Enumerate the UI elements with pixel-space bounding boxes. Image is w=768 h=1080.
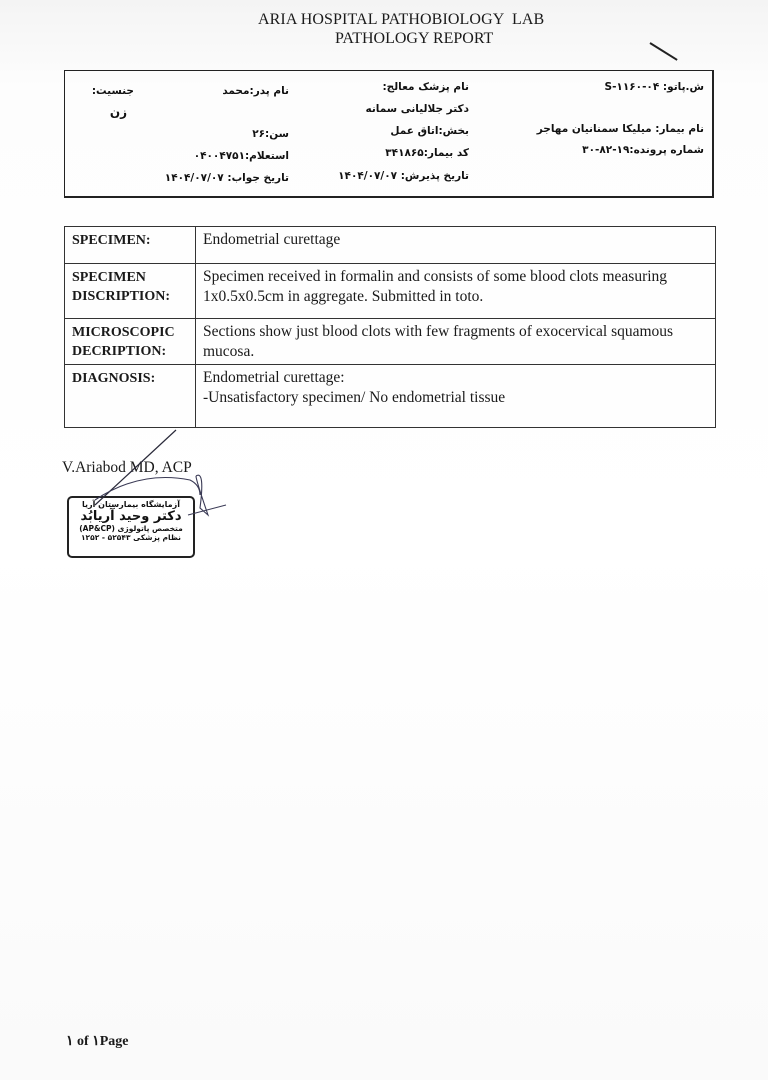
table-row: SPECIMEN: Endometrial curettage bbox=[65, 227, 716, 264]
doctor-stamp: آزمایشگاه بیمارستان آریا دکتر وحید آریاب… bbox=[67, 496, 195, 558]
department: بخش:اتاق عمل bbox=[390, 125, 469, 137]
inquiry-number: استعلام:۰۴۰۰۴۷۵۱ bbox=[194, 150, 289, 162]
physician-name: دکتر جلالیانی سمانه bbox=[365, 103, 469, 115]
table-row: DIAGNOSIS: Endometrial curettage: -Unsat… bbox=[65, 365, 716, 428]
table-row: SPECIMEN DISCRIPTION: Specimen received … bbox=[65, 264, 716, 319]
row-value: Sections show just blood clots with few … bbox=[196, 319, 716, 365]
report-table: SPECIMEN: Endometrial curettage SPECIMEN… bbox=[64, 226, 716, 428]
father-name: نام پدر:محمد bbox=[222, 85, 289, 97]
stamp-line-4: نظام پزشکی ۵۲۵۴۳ - ۱۲۵۲ bbox=[69, 533, 193, 542]
page-indicator: ۱ of ۱Page bbox=[66, 1033, 128, 1050]
row-label: MICROSCOPIC DECRIPTION: bbox=[65, 319, 196, 365]
patient-name: نام بیمار: میلیکا سمنانیان مهاجر bbox=[537, 123, 704, 135]
gender-value: زن bbox=[110, 105, 127, 119]
signer-name: V.Ariabod MD, ACP bbox=[62, 459, 192, 477]
lab-name: ARIA HOSPITAL PATHOBIOLOGY LAB bbox=[258, 11, 544, 29]
row-value: Specimen received in formalin and consis… bbox=[196, 264, 716, 319]
row-label: SPECIMEN DISCRIPTION: bbox=[65, 264, 196, 319]
patient-info-box: ش.پاتو: ۰۴-۱۱۶۰-S نام بیمار: میلیکا سمنا… bbox=[64, 70, 714, 198]
row-value: Endometrial curettage: -Unsatisfactory s… bbox=[196, 365, 716, 428]
diagnosis-line-2: -Unsatisfactory specimen/ No endometrial… bbox=[203, 388, 709, 408]
patient-code: کد بیمار:۳۴۱۸۶۵ bbox=[385, 147, 469, 159]
stamp-line-1: آزمایشگاه بیمارستان آریا bbox=[69, 500, 193, 509]
table-row: MICROSCOPIC DECRIPTION: Sections show ju… bbox=[65, 319, 716, 365]
answer-date: تاریخ جواب: ۱۴۰۴/۰۷/۰۷ bbox=[165, 172, 289, 184]
stamp-line-2: دکتر وحید آریابُد bbox=[69, 509, 193, 524]
pathology-number: ش.پاتو: ۰۴-۱۱۶۰-S bbox=[605, 81, 705, 93]
stamp-line-3: متخصص پاتولوژی (AP&CP) bbox=[69, 524, 193, 533]
gender-label: جنسیت: bbox=[92, 85, 134, 97]
diagnosis-line-1: Endometrial curettage: bbox=[203, 368, 709, 388]
physician-label: نام پزشک معالج: bbox=[382, 81, 469, 93]
age: سن:۲۶ bbox=[252, 128, 289, 140]
file-number: شماره پرونده:۱۹-۸۲-۳۰ bbox=[582, 144, 704, 156]
row-value: Endometrial curettage bbox=[196, 227, 716, 264]
report-title: PATHOLOGY REPORT bbox=[335, 30, 493, 48]
admission-date: تاریخ پذیرش: ۱۴۰۴/۰۷/۰۷ bbox=[338, 170, 469, 182]
row-label: DIAGNOSIS: bbox=[65, 365, 196, 428]
row-label: SPECIMEN: bbox=[65, 227, 196, 264]
